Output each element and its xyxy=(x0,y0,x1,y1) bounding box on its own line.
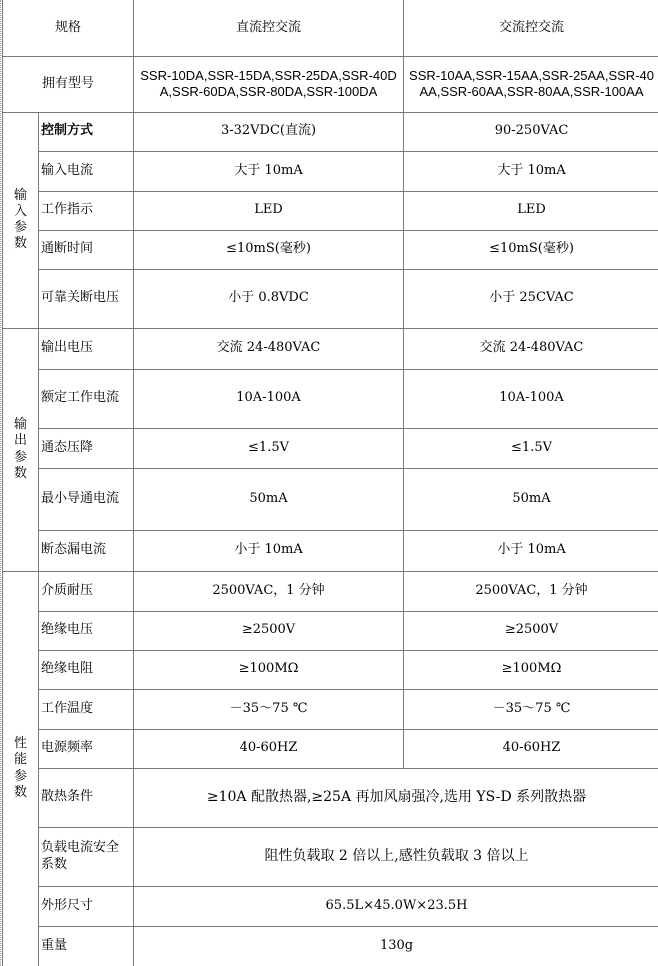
dc-models: SSR-10DA,SSR-15DA,SSR-25DA,SSR-40DA,SSR-… xyxy=(134,56,404,112)
table-row: 重量 130g xyxy=(3,926,658,966)
table-row: 性 能 参 数 介质耐压 2500VAC，1 分钟 2500VAC，1 分钟 xyxy=(3,571,658,611)
dc-value: 大于 10mA xyxy=(134,151,404,191)
table-row: 输入电流 大于 10mA 大于 10mA xyxy=(3,151,658,191)
row-label: 介质耐压 xyxy=(39,571,134,611)
group-char: 输 xyxy=(5,417,36,433)
row-label: 通态压降 xyxy=(39,428,134,468)
input-params-group: 输 入 参 数 xyxy=(3,112,39,328)
models-label: 拥有型号 xyxy=(3,56,134,112)
ac-value: 大于 10mA xyxy=(404,151,658,191)
table-row: 负载电流安全系数 阻性负载取 2 倍以上,感性负载取 3 倍以上 xyxy=(3,827,658,886)
row-label: 外形尺寸 xyxy=(39,886,134,926)
group-char: 数 xyxy=(5,466,36,482)
spec-sheet-page: 规格 直流控交流 交流控交流 拥有型号 SSR-10DA,SSR-15DA,SS… xyxy=(0,0,658,966)
row-label: 输入电流 xyxy=(39,151,134,191)
dc-value: ≤10mS(毫秒) xyxy=(134,230,404,269)
group-char: 入 xyxy=(5,204,36,220)
dc-value: LED xyxy=(134,191,404,230)
group-char: 性 xyxy=(5,736,36,752)
dc-value: 2500VAC，1 分钟 xyxy=(134,571,404,611)
row-label: 输出电压 xyxy=(39,328,134,369)
output-params-group: 输 出 参 数 xyxy=(3,328,39,571)
dc-value: 3-32VDC(直流) xyxy=(134,112,404,151)
dc-value: 50mA xyxy=(134,468,404,530)
ac-value: 50mA xyxy=(404,468,658,530)
table-row: 通态压降 ≤1.5V ≤1.5V xyxy=(3,428,658,468)
ac-value: ≥2500V xyxy=(404,611,658,650)
ac-value: 10A-100A xyxy=(404,369,658,428)
group-char: 数 xyxy=(5,236,36,252)
dc-value: 40-60HZ xyxy=(134,729,404,768)
table-row: 外形尺寸 65.5L×45.0W×23.5H xyxy=(3,886,658,926)
models-row: 拥有型号 SSR-10DA,SSR-15DA,SSR-25DA,SSR-40DA… xyxy=(3,56,658,112)
table-row: 电源频率 40-60HZ 40-60HZ xyxy=(3,729,658,768)
row-label: 绝缘电阻 xyxy=(39,650,134,689)
dc-value: 小于 10mA xyxy=(134,530,404,571)
table-row: 输 入 参 数 控制方式 3-32VDC(直流) 90-250VAC xyxy=(3,112,658,151)
ac-value: 2500VAC，1 分钟 xyxy=(404,571,658,611)
table-row: 可靠关断电压 小于 0.8VDC 小于 25CVAC xyxy=(3,269,658,328)
ac-value: ≤1.5V xyxy=(404,428,658,468)
row-label: 负载电流安全系数 xyxy=(39,827,134,886)
ac-value: 90-250VAC xyxy=(404,112,658,151)
row-label: 工作温度 xyxy=(39,689,134,729)
group-char: 能 xyxy=(5,752,36,768)
row-label: 可靠关断电压 xyxy=(39,269,134,328)
ac-models: SSR-10AA,SSR-15AA,SSR-25AA,SSR-40AA,SSR-… xyxy=(404,56,658,112)
ac-value: 小于 25CVAC xyxy=(404,269,658,328)
row-label: 工作指示 xyxy=(39,191,134,230)
row-label: 绝缘电压 xyxy=(39,611,134,650)
dc-value: ≤1.5V xyxy=(134,428,404,468)
table-row: 额定工作电流 10A-100A 10A-100A xyxy=(3,369,658,428)
ac-column-header: 交流控交流 xyxy=(404,0,658,56)
dc-column-header: 直流控交流 xyxy=(134,0,404,56)
row-label: 最小导通电流 xyxy=(39,468,134,530)
dc-value: 10A-100A xyxy=(134,369,404,428)
row-label: 控制方式 xyxy=(39,112,134,151)
ac-value: 小于 10mA xyxy=(404,530,658,571)
ac-value: 交流 24-480VAC xyxy=(404,328,658,369)
row-label: 额定工作电流 xyxy=(39,369,134,428)
row-label: 通断时间 xyxy=(39,230,134,269)
group-char: 参 xyxy=(5,769,36,785)
dc-value: 小于 0.8VDC xyxy=(134,269,404,328)
group-char: 输 xyxy=(5,188,36,204)
table-row: 断态漏电流 小于 10mA 小于 10mA xyxy=(3,530,658,571)
spec-header: 规格 xyxy=(3,0,134,56)
table-row: 最小导通电流 50mA 50mA xyxy=(3,468,658,530)
shared-value: 阻性负载取 2 倍以上,感性负载取 3 倍以上 xyxy=(134,827,658,886)
group-char: 参 xyxy=(5,450,36,466)
row-label: 重量 xyxy=(39,926,134,966)
dc-value: ≥100MΩ xyxy=(134,650,404,689)
ac-value: ≥100MΩ xyxy=(404,650,658,689)
row-label: 电源频率 xyxy=(39,729,134,768)
header-row: 规格 直流控交流 交流控交流 xyxy=(3,0,658,56)
performance-params-group: 性 能 参 数 xyxy=(3,571,39,966)
row-label: 断态漏电流 xyxy=(39,530,134,571)
table-row: 绝缘电阻 ≥100MΩ ≥100MΩ xyxy=(3,650,658,689)
table-row: 工作指示 LED LED xyxy=(3,191,658,230)
ac-value: －35～75 ℃ xyxy=(404,689,658,729)
table-row: 通断时间 ≤10mS(毫秒) ≤10mS(毫秒) xyxy=(3,230,658,269)
shared-value: 130g xyxy=(134,926,658,966)
ac-value: ≤10mS(毫秒) xyxy=(404,230,658,269)
dc-value: 交流 24-480VAC xyxy=(134,328,404,369)
table-row: 散热条件 ≥10A 配散热器,≥25A 再加风扇强冷,选用 YS-D 系列散热器 xyxy=(3,768,658,827)
dc-value: ≥2500V xyxy=(134,611,404,650)
table-row: 输 出 参 数 输出电压 交流 24-480VAC 交流 24-480VAC xyxy=(3,328,658,369)
shared-value: ≥10A 配散热器,≥25A 再加风扇强冷,选用 YS-D 系列散热器 xyxy=(134,768,658,827)
group-char: 数 xyxy=(5,785,36,801)
table-row: 工作温度 －35～75 ℃ －35～75 ℃ xyxy=(3,689,658,729)
group-char: 参 xyxy=(5,220,36,236)
ac-value: 40-60HZ xyxy=(404,729,658,768)
dc-value: －35～75 ℃ xyxy=(134,689,404,729)
shared-value: 65.5L×45.0W×23.5H xyxy=(134,886,658,926)
ac-value: LED xyxy=(404,191,658,230)
group-char: 出 xyxy=(5,433,36,449)
table-row: 绝缘电压 ≥2500V ≥2500V xyxy=(3,611,658,650)
row-label: 散热条件 xyxy=(39,768,134,827)
ssr-spec-table: 规格 直流控交流 交流控交流 拥有型号 SSR-10DA,SSR-15DA,SS… xyxy=(2,0,658,966)
